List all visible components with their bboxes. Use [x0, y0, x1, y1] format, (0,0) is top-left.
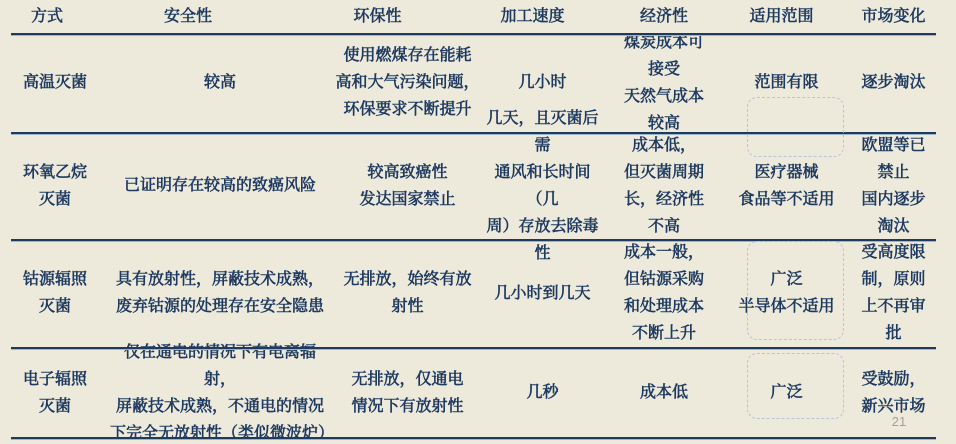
- column-header-market: 市场变化: [845, 0, 956, 33]
- row-label: 电子辐照 灭菌: [0, 347, 110, 438]
- comparison-table-slide: 方式 安全性 环保性 加工速度 经济性 适用范围 市场变化 高温灭菌 较高 使用…: [0, 0, 956, 444]
- table-cell: 医疗器械 食品等不适用: [728, 132, 845, 239]
- table-cell: 成本低: [600, 347, 728, 438]
- sterilization-comparison-table: 方式 安全性 环保性 加工速度 经济性 适用范围 市场变化 高温灭菌 较高 使用…: [0, 0, 956, 438]
- table-cell: 几秒: [485, 347, 600, 438]
- row-separator: [11, 347, 936, 349]
- table-cell: 成本一般， 但钴源采购 和处理成本 不断上升: [600, 239, 728, 347]
- column-header-scope: 适用范围: [728, 0, 845, 33]
- table-cell: 受高度限 制，原则 上不再审 批: [845, 239, 956, 347]
- column-header-method: 方式: [0, 0, 110, 33]
- table-cell: 几小时到几天: [485, 239, 600, 347]
- column-header-environment: 环保性: [330, 0, 485, 33]
- table-cell: 使用燃煤存在能耗 高和大气污染问题， 环保要求不断提升: [330, 33, 485, 132]
- row-separator: [11, 239, 936, 241]
- table-cell: 较高: [110, 33, 330, 132]
- table-cell: 广泛 半导体不适用: [728, 239, 845, 347]
- table-cell: 逐步淘汰: [845, 33, 956, 132]
- table-cell: 具有放射性，屏蔽技术成熟， 废弃钴源的处理存在安全隐患: [110, 239, 330, 347]
- table-cell: 仅在通电的情况下有电离辐射， 屏蔽技术成熟，不通电的情况 下完全无放射性（类似微…: [110, 347, 330, 438]
- row-separator: [11, 132, 936, 134]
- table-cell: 广泛: [728, 347, 845, 438]
- row-label: 高温灭菌: [0, 33, 110, 132]
- table-cell: 成本低， 但灭菌周期 长，经济性 不高: [600, 132, 728, 239]
- row-label: 钴源辐照 灭菌: [0, 239, 110, 347]
- row-label: 环氧乙烷 灭菌: [0, 132, 110, 239]
- table-cell: 已证明存在较高的致癌风险: [110, 132, 330, 239]
- table-cell: 欧盟等已 禁止 国内逐步 淘汰: [845, 132, 956, 239]
- header-separator: [11, 33, 936, 35]
- page-number: 21: [884, 414, 914, 429]
- table-cell: 较高致癌性 发达国家禁止: [330, 132, 485, 239]
- table-cell: 无排放，始终有放 射性: [330, 239, 485, 347]
- table-cell: 无排放，仅通电 情况下有放射性: [330, 347, 485, 438]
- column-header-speed: 加工速度: [485, 0, 600, 33]
- table-cell: 几天，且灭菌后需 通风和长时间（几 周）存放去除毒性: [485, 132, 600, 239]
- column-header-safety: 安全性: [110, 0, 330, 33]
- table-cell: 煤炭成本可 接受 天然气成本 较高: [600, 33, 728, 132]
- bottom-separator: [11, 437, 936, 439]
- table-cell: 范围有限: [728, 33, 845, 132]
